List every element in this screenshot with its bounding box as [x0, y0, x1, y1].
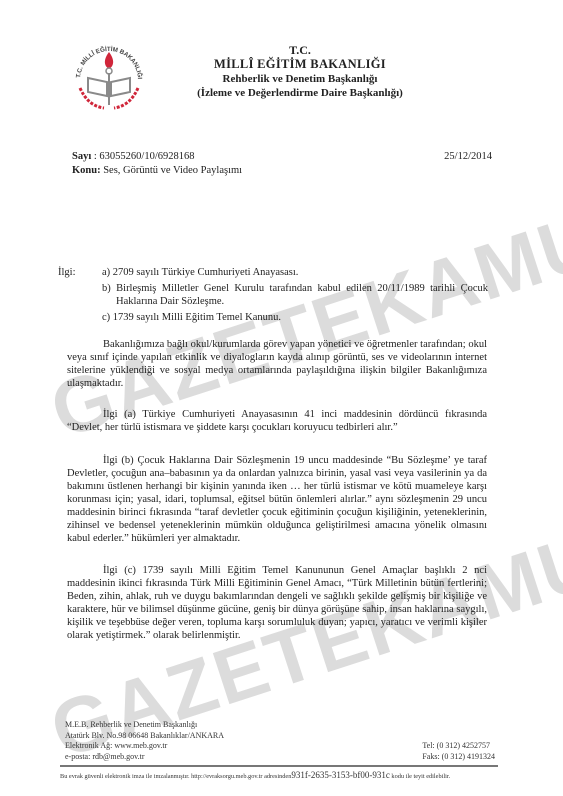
- footer-contact: M.E.B. Rehberlik ve Denetim Başkanlığı A…: [65, 720, 495, 762]
- header-department: Rehberlik ve Denetim Başkanlığı: [150, 72, 450, 86]
- header-sub-department: (İzleme ve Değerlendirme Daire Başkanlığ…: [150, 86, 450, 100]
- body-paragraph: İlgi (c) 1739 sayılı Milli Eğitim Temel …: [67, 564, 487, 642]
- footer-tel: Tel: (0 312) 4252757: [422, 741, 495, 752]
- meb-emblem-icon: T.C. MİLLÎ EĞİTİM BAKANLIĞI: [70, 38, 148, 116]
- verification-note: Bu evrak güvenli elektronik imza ile imz…: [60, 770, 510, 782]
- konu-line: Konu: Ses, Görüntü ve Video Paylaşımı: [72, 164, 492, 178]
- footer-divider: [60, 765, 498, 767]
- verification-suffix: kodu ile teyit edilebilir.: [390, 773, 450, 780]
- body-paragraph: İlgi (a) Türkiye Cumhuriyeti Anayasasını…: [67, 408, 487, 434]
- reference-item: c) 1739 sayılı Milli Eğitim Temel Kanunu…: [102, 311, 488, 324]
- body-paragraph: İlgi (b) Çocuk Haklarına Dair Sözleşmeni…: [67, 454, 487, 545]
- header-ministry: MİLLÎ EĞİTİM BAKANLIĞI: [150, 57, 450, 72]
- konu-label: Konu:: [72, 165, 101, 176]
- footer-fax: Faks: (0 312) 4191324: [422, 752, 495, 763]
- footer-line: M.E.B. Rehberlik ve Denetim Başkanlığı: [65, 720, 495, 731]
- verification-code: 931f-2635-3153-bf00-931c: [291, 770, 389, 780]
- sayi-label: Sayı: [72, 151, 91, 162]
- footer-address: Atatürk Blv. No.98 06648 Bakanlıklar/ANK…: [65, 731, 495, 742]
- header-tc: T.C.: [150, 43, 450, 57]
- sayi-value: : 63055260/10/6928168: [94, 151, 195, 162]
- document-date: 25/12/2014: [444, 150, 492, 164]
- document-meta: Sayı : 63055260/10/6928168 25/12/2014 Ko…: [72, 150, 492, 178]
- verification-prefix: Bu evrak güvenli elektronik imza ile imz…: [60, 773, 291, 780]
- references-label: İlgi:: [58, 266, 76, 279]
- body-paragraph: Bakanlığımıza bağlı okul/kurumlarda göre…: [67, 338, 487, 390]
- reference-item: b) Birleşmiş Milletler Genel Kurulu tara…: [102, 282, 488, 308]
- reference-item: a) 2709 sayılı Türkiye Cumhuriyeti Anaya…: [102, 266, 488, 279]
- letterhead: T.C. MİLLÎ EĞİTİM BAKANLIĞI Rehberlik ve…: [150, 43, 450, 100]
- sayi-line: Sayı : 63055260/10/6928168: [72, 150, 492, 164]
- references: İlgi: a) 2709 sayılı Türkiye Cumhuriyeti…: [58, 266, 488, 327]
- konu-value: Ses, Görüntü ve Video Paylaşımı: [103, 165, 242, 176]
